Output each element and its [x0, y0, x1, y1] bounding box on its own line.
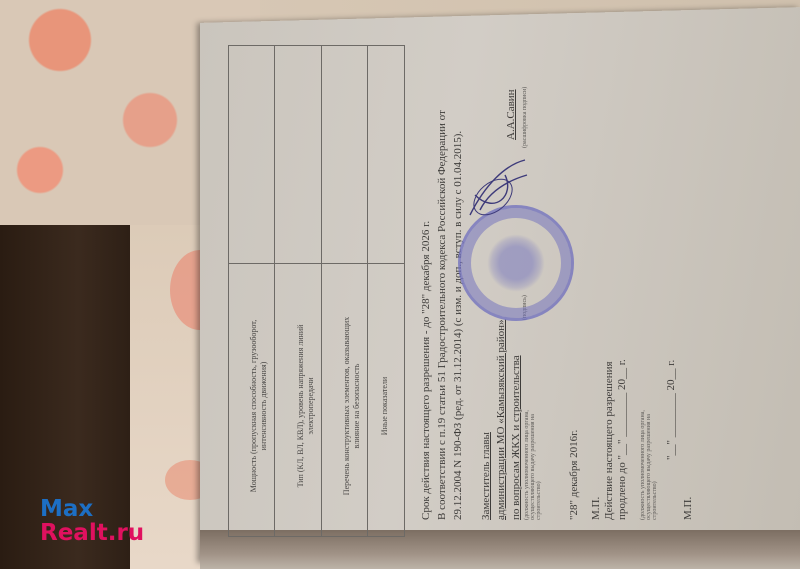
- signer-caption: (расшифровка подписи): [522, 87, 528, 148]
- extension-caption: (должность уполномоченного лица органа, …: [640, 400, 658, 520]
- mp-label: М.П.: [590, 497, 602, 520]
- position-caption: (должность уполномоченного лица органа, …: [524, 400, 542, 520]
- position-line-2: администрации МО «Камызякский район»: [495, 320, 507, 521]
- signature-icon: [465, 155, 535, 225]
- watermark-line-1: Max: [40, 497, 144, 521]
- extension-line-2: продлено до "__" ________ 20__ г.: [616, 359, 628, 520]
- validity-line: Срок действия настоящего разрешения - до…: [420, 221, 432, 520]
- watermark-logo: Max Realt.ru: [40, 497, 144, 545]
- table-divider: [321, 46, 322, 536]
- extension-line-1: Действие настоящего разрешения: [603, 361, 615, 520]
- table-row-label: Перечень конструктивных элементов, оказы…: [342, 306, 362, 506]
- table-divider: [274, 46, 275, 536]
- watermark-line-2: Realt.ru: [40, 521, 144, 545]
- position-line-3: по вопросам ЖКХ и строительства: [510, 355, 522, 520]
- stamp-emblem-icon: [487, 234, 545, 292]
- table-row-label: Тип (КЛ, ВЛ, КВЛ), уровень напряжения ли…: [296, 306, 316, 506]
- issue-date: "28" декабря 2016г.: [568, 430, 580, 520]
- table-row-label: Иные показатели: [380, 306, 390, 506]
- basis-line-1: В соответствии с п.19 статьи 51 Градостр…: [436, 110, 448, 520]
- table-row-label: Мощность (пропускная способность, грузоо…: [249, 306, 269, 506]
- table-divider: [229, 263, 404, 264]
- table-divider: [367, 46, 368, 536]
- position-line-1: Заместитель главы: [480, 432, 492, 520]
- extension-date: "__" ________ 20__ г.: [665, 360, 677, 460]
- signer-name: А.А.Савин: [505, 89, 517, 140]
- mp-label-2: М.П.: [682, 497, 694, 520]
- basis-line-2: 29.12.2004 N 190-ФЗ (ред. от 31.12.2014)…: [452, 131, 464, 520]
- characteristics-table: Мощность (пропускная способность, грузоо…: [228, 45, 405, 537]
